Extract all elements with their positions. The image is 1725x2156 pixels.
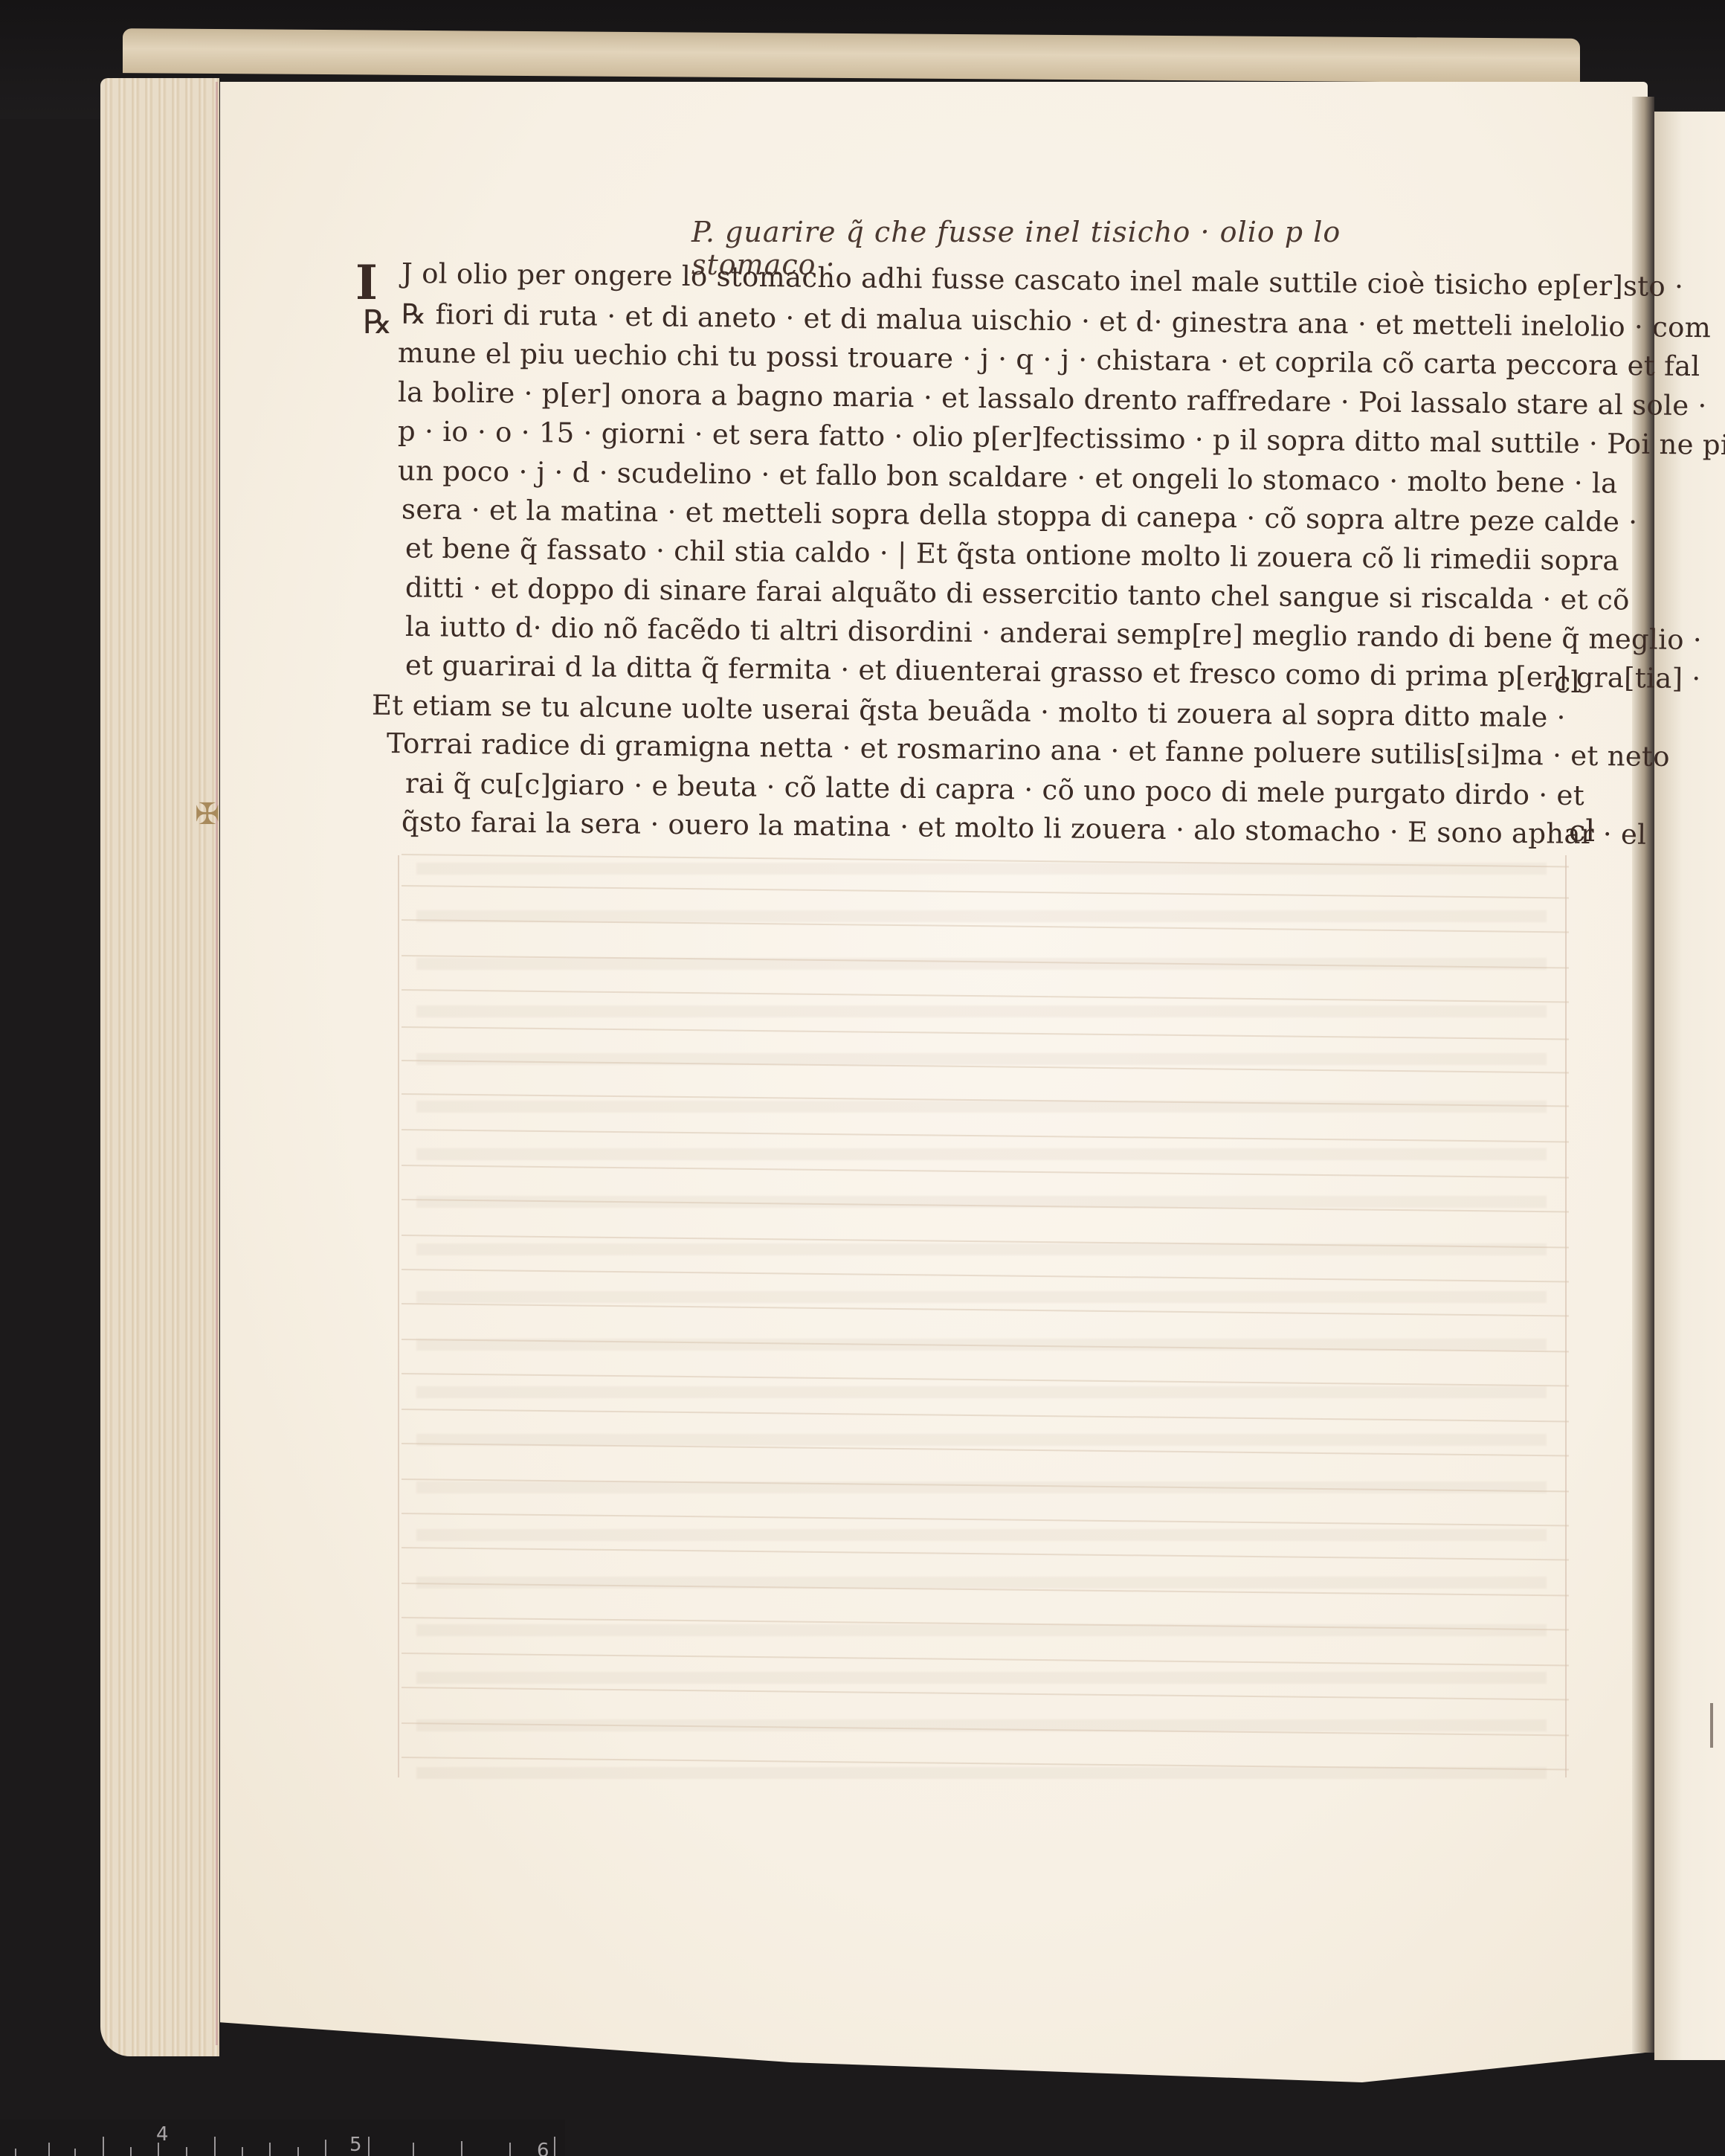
measurement-ruler: 4 5 6 — [0, 2120, 565, 2156]
margin-cross-mark: ✠ — [195, 797, 220, 831]
ruler-tick — [214, 2137, 216, 2156]
fore-edge-red-rule — [216, 82, 218, 2045]
ruler-tick — [186, 2147, 187, 2156]
ruler-tick — [269, 2143, 271, 2156]
ruler-label: 6 — [537, 2140, 549, 2156]
recipe-sign-icon: ℞ — [363, 303, 392, 341]
ruler-tick — [461, 2141, 462, 2156]
ruler-tick — [413, 2143, 414, 2156]
ruler-tick — [297, 2147, 299, 2156]
ruler-tick — [48, 2143, 50, 2156]
ruler-tick — [74, 2149, 76, 2156]
ruler-tick — [15, 2149, 16, 2156]
ruler-tick — [242, 2147, 243, 2156]
line-end-flourish: cl — [1554, 666, 1580, 700]
ruler-tick — [368, 2137, 370, 2156]
ruling-left-bound — [398, 855, 399, 1777]
ruler-tick — [554, 2137, 555, 2156]
ruler-tick — [325, 2140, 326, 2156]
initial-letter: I — [355, 255, 378, 311]
ruler-tick — [103, 2137, 104, 2156]
facing-page-ink-mark — [1710, 1703, 1725, 1748]
ruler-label: 5 — [349, 2134, 362, 2156]
line-end-flourish: cl — [1569, 814, 1595, 849]
ruler-tick — [509, 2143, 511, 2156]
ruler-label: 4 — [156, 2123, 169, 2146]
page-stack-fore-edge — [100, 78, 219, 2056]
ruler-tick — [130, 2147, 132, 2156]
